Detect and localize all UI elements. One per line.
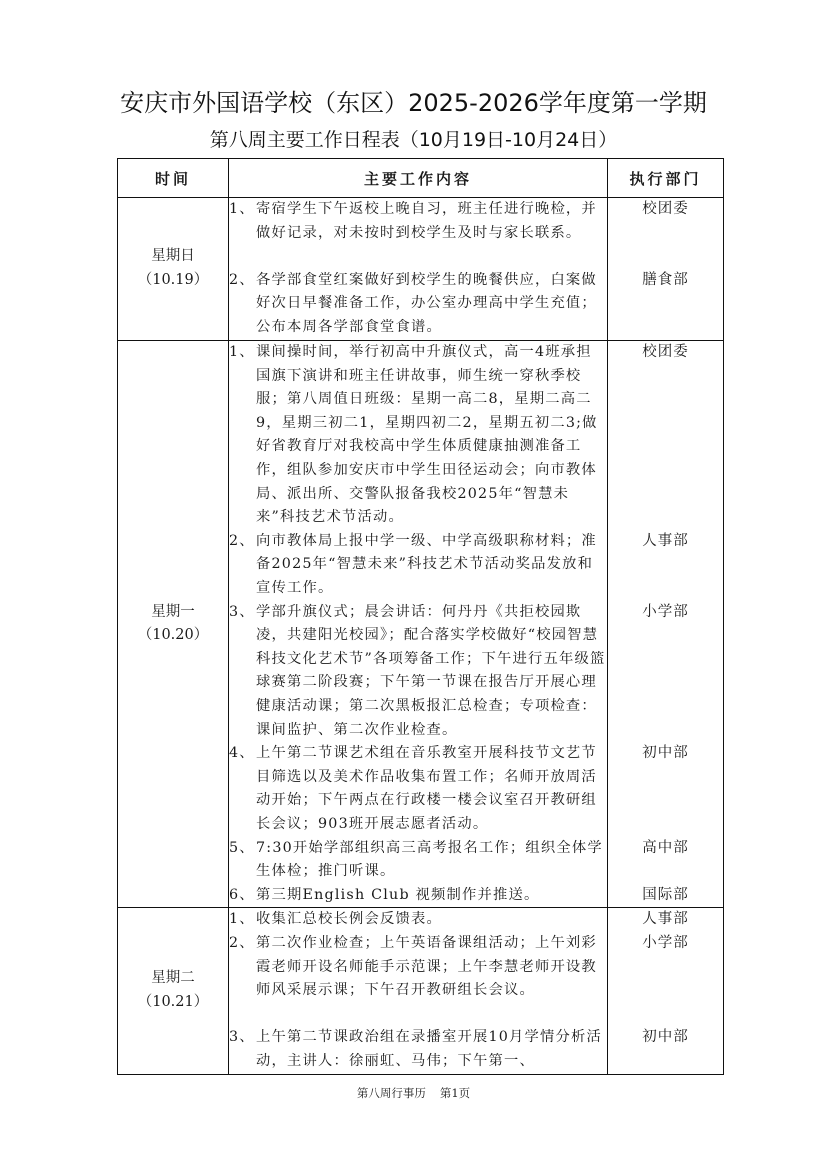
item-number: 3、 [229,1026,256,1050]
footer-doc-name: 第八周行事历 [357,1086,426,1100]
department-label: 小学部 [608,601,723,743]
day-cell: 星期日（10.19） [118,198,229,341]
item-number: 2、 [229,269,256,293]
content-cell: 1、收集汇总校长例会反馈表。2、第二次作业检查；上午英语备课组活动；上午刘彩霞老… [229,908,608,1074]
table-row: 星期二（10.21）1、收集汇总校长例会反馈表。2、第二次作业检查；上午英语备课… [118,908,724,1074]
document-subtitle: 第八周主要工作日程表（10月19日-10月24日） [0,125,827,152]
work-item: 1、寄宿学生下午返校上晚自习，班主任进行晚检，并做好记录，对未按时到校学生及时与… [229,198,607,269]
department-cell: 人事部小学部初中部 [608,908,724,1074]
work-item: 1、收集汇总校长例会反馈表。 [229,908,607,932]
document-title: 安庆市外国语学校（东区）2025-2026学年度第一学期 [0,83,827,118]
department-label: 人事部 [608,908,723,932]
table-row: 星期一（10.20）1、课间操时间，举行初高中升旗仪式，高一4班承担国旗下演讲和… [118,341,724,908]
item-text: 学部升旗仪式；晨会讲话：何丹丹《共拒校园欺凌，共建阳光校园》；配合落实学校做好“… [256,604,605,738]
item-number: 2、 [229,932,256,956]
content-cell: 1、课间操时间，举行初高中升旗仪式，高一4班承担国旗下演讲和班主任讲故事，师生统… [229,341,608,908]
day-date: （10.20） [118,624,228,648]
content-cell: 1、寄宿学生下午返校上晚自习，班主任进行晚检，并做好记录，对未按时到校学生及时与… [229,198,608,341]
work-item: 2、各学部食堂红案做好到校学生的晚餐供应，白案做好次日早餐准备工作，办公室办理高… [229,269,607,340]
item-number: 2、 [229,530,256,554]
day-name: 星期二 [118,967,228,991]
item-number: 6、 [229,884,256,908]
header-content: 主要工作内容 [229,159,608,198]
table-row: 星期日（10.19）1、寄宿学生下午返校上晚自习，班主任进行晚检，并做好记录，对… [118,198,724,341]
item-text: 上午第二节课艺术组在音乐教室开展科技节文艺节目筛选以及美术作品收集布置工作；名师… [256,745,597,832]
department-label: 膳食部 [608,269,723,340]
page-footer: 第八周行事历第1页 [0,1085,827,1101]
table-header-row: 时间 主要工作内容 执行部门 [118,159,724,198]
schedule-table: 时间 主要工作内容 执行部门 星期日（10.19）1、寄宿学生下午返校上晚自习，… [117,158,724,1075]
department-cell: 校团委人事部小学部初中部高中部国际部 [608,341,724,908]
day-date: （10.21） [118,991,228,1015]
item-text: 7:30开始学部组织高三高考报名工作；组织全体学生体检；推门听课。 [256,840,603,880]
day-cell: 星期二（10.21） [118,908,229,1074]
department-label: 校团委 [608,341,723,530]
work-item: 2、向市教体局上报中学一级、中学高级职称材料；准备2025年“智慧未来”科技艺术… [229,530,607,601]
day-name: 星期日 [118,245,228,269]
department-label: 国际部 [608,884,723,908]
item-text: 收集汇总校长例会反馈表。 [256,911,442,927]
item-text: 寄宿学生下午返校上晚自习，班主任进行晚检，并做好记录，对未按时到校学生及时与家长… [256,201,597,241]
item-text: 各学部食堂红案做好到校学生的晚餐供应，白案做好次日早餐准备工作，办公室办理高中学… [256,272,597,335]
department-label: 小学部 [608,932,723,1026]
footer-page-number: 第1页 [440,1086,470,1100]
work-item: 4、上午第二节课艺术组在音乐教室开展科技节文艺节目筛选以及美术作品收集布置工作；… [229,742,607,836]
work-item: 5、7:30开始学部组织高三高考报名工作；组织全体学生体检；推门听课。 [229,837,607,884]
day-cell: 星期一（10.20） [118,341,229,908]
item-number: 1、 [229,341,256,365]
work-item: 6、第三期English Club 视频制作并推送。 [229,884,607,908]
item-number: 5、 [229,837,256,861]
department-label: 校团委 [608,198,723,269]
work-item: 3、上午第二节课政治组在录播室开展10月学情分析活动，主讲人：徐丽虹、马伟；下午… [229,1026,607,1073]
department-cell: 校团委膳食部 [608,198,724,341]
department-label: 高中部 [608,837,723,884]
item-number: 1、 [229,198,256,222]
item-number: 4、 [229,742,256,766]
item-number: 3、 [229,601,256,625]
item-text: 课间操时间，举行初高中升旗仪式，高一4班承担国旗下演讲和班主任讲故事，师生统一穿… [256,344,598,525]
department-label: 初中部 [608,1026,723,1073]
item-text: 上午第二节课政治组在录播室开展10月学情分析活动，主讲人：徐丽虹、马伟；下午第一… [256,1029,602,1069]
table-body: 星期日（10.19）1、寄宿学生下午返校上晚自习，班主任进行晚检，并做好记录，对… [118,198,724,1075]
header-time: 时间 [118,159,229,198]
item-number: 1、 [229,908,256,932]
header-department: 执行部门 [608,159,724,198]
department-label: 人事部 [608,530,723,601]
item-text: 第三期English Club 视频制作并推送。 [256,887,540,903]
work-item: 1、课间操时间，举行初高中升旗仪式，高一4班承担国旗下演讲和班主任讲故事，师生统… [229,341,607,530]
work-item: 3、学部升旗仪式；晨会讲话：何丹丹《共拒校园欺凌，共建阳光校园》；配合落实学校做… [229,601,607,743]
day-name: 星期一 [118,601,228,625]
work-item: 2、第二次作业检查；上午英语备课组活动；上午刘彩霞老师开设名师能手示范课；上午李… [229,932,607,1026]
day-date: （10.19） [118,269,228,293]
department-label: 初中部 [608,742,723,836]
item-text: 第二次作业检查；上午英语备课组活动；上午刘彩霞老师开设名师能手示范课；上午李慧老… [256,935,597,998]
item-text: 向市教体局上报中学一级、中学高级职称材料；准备2025年“智慧未来”科技艺术节活… [256,533,597,596]
